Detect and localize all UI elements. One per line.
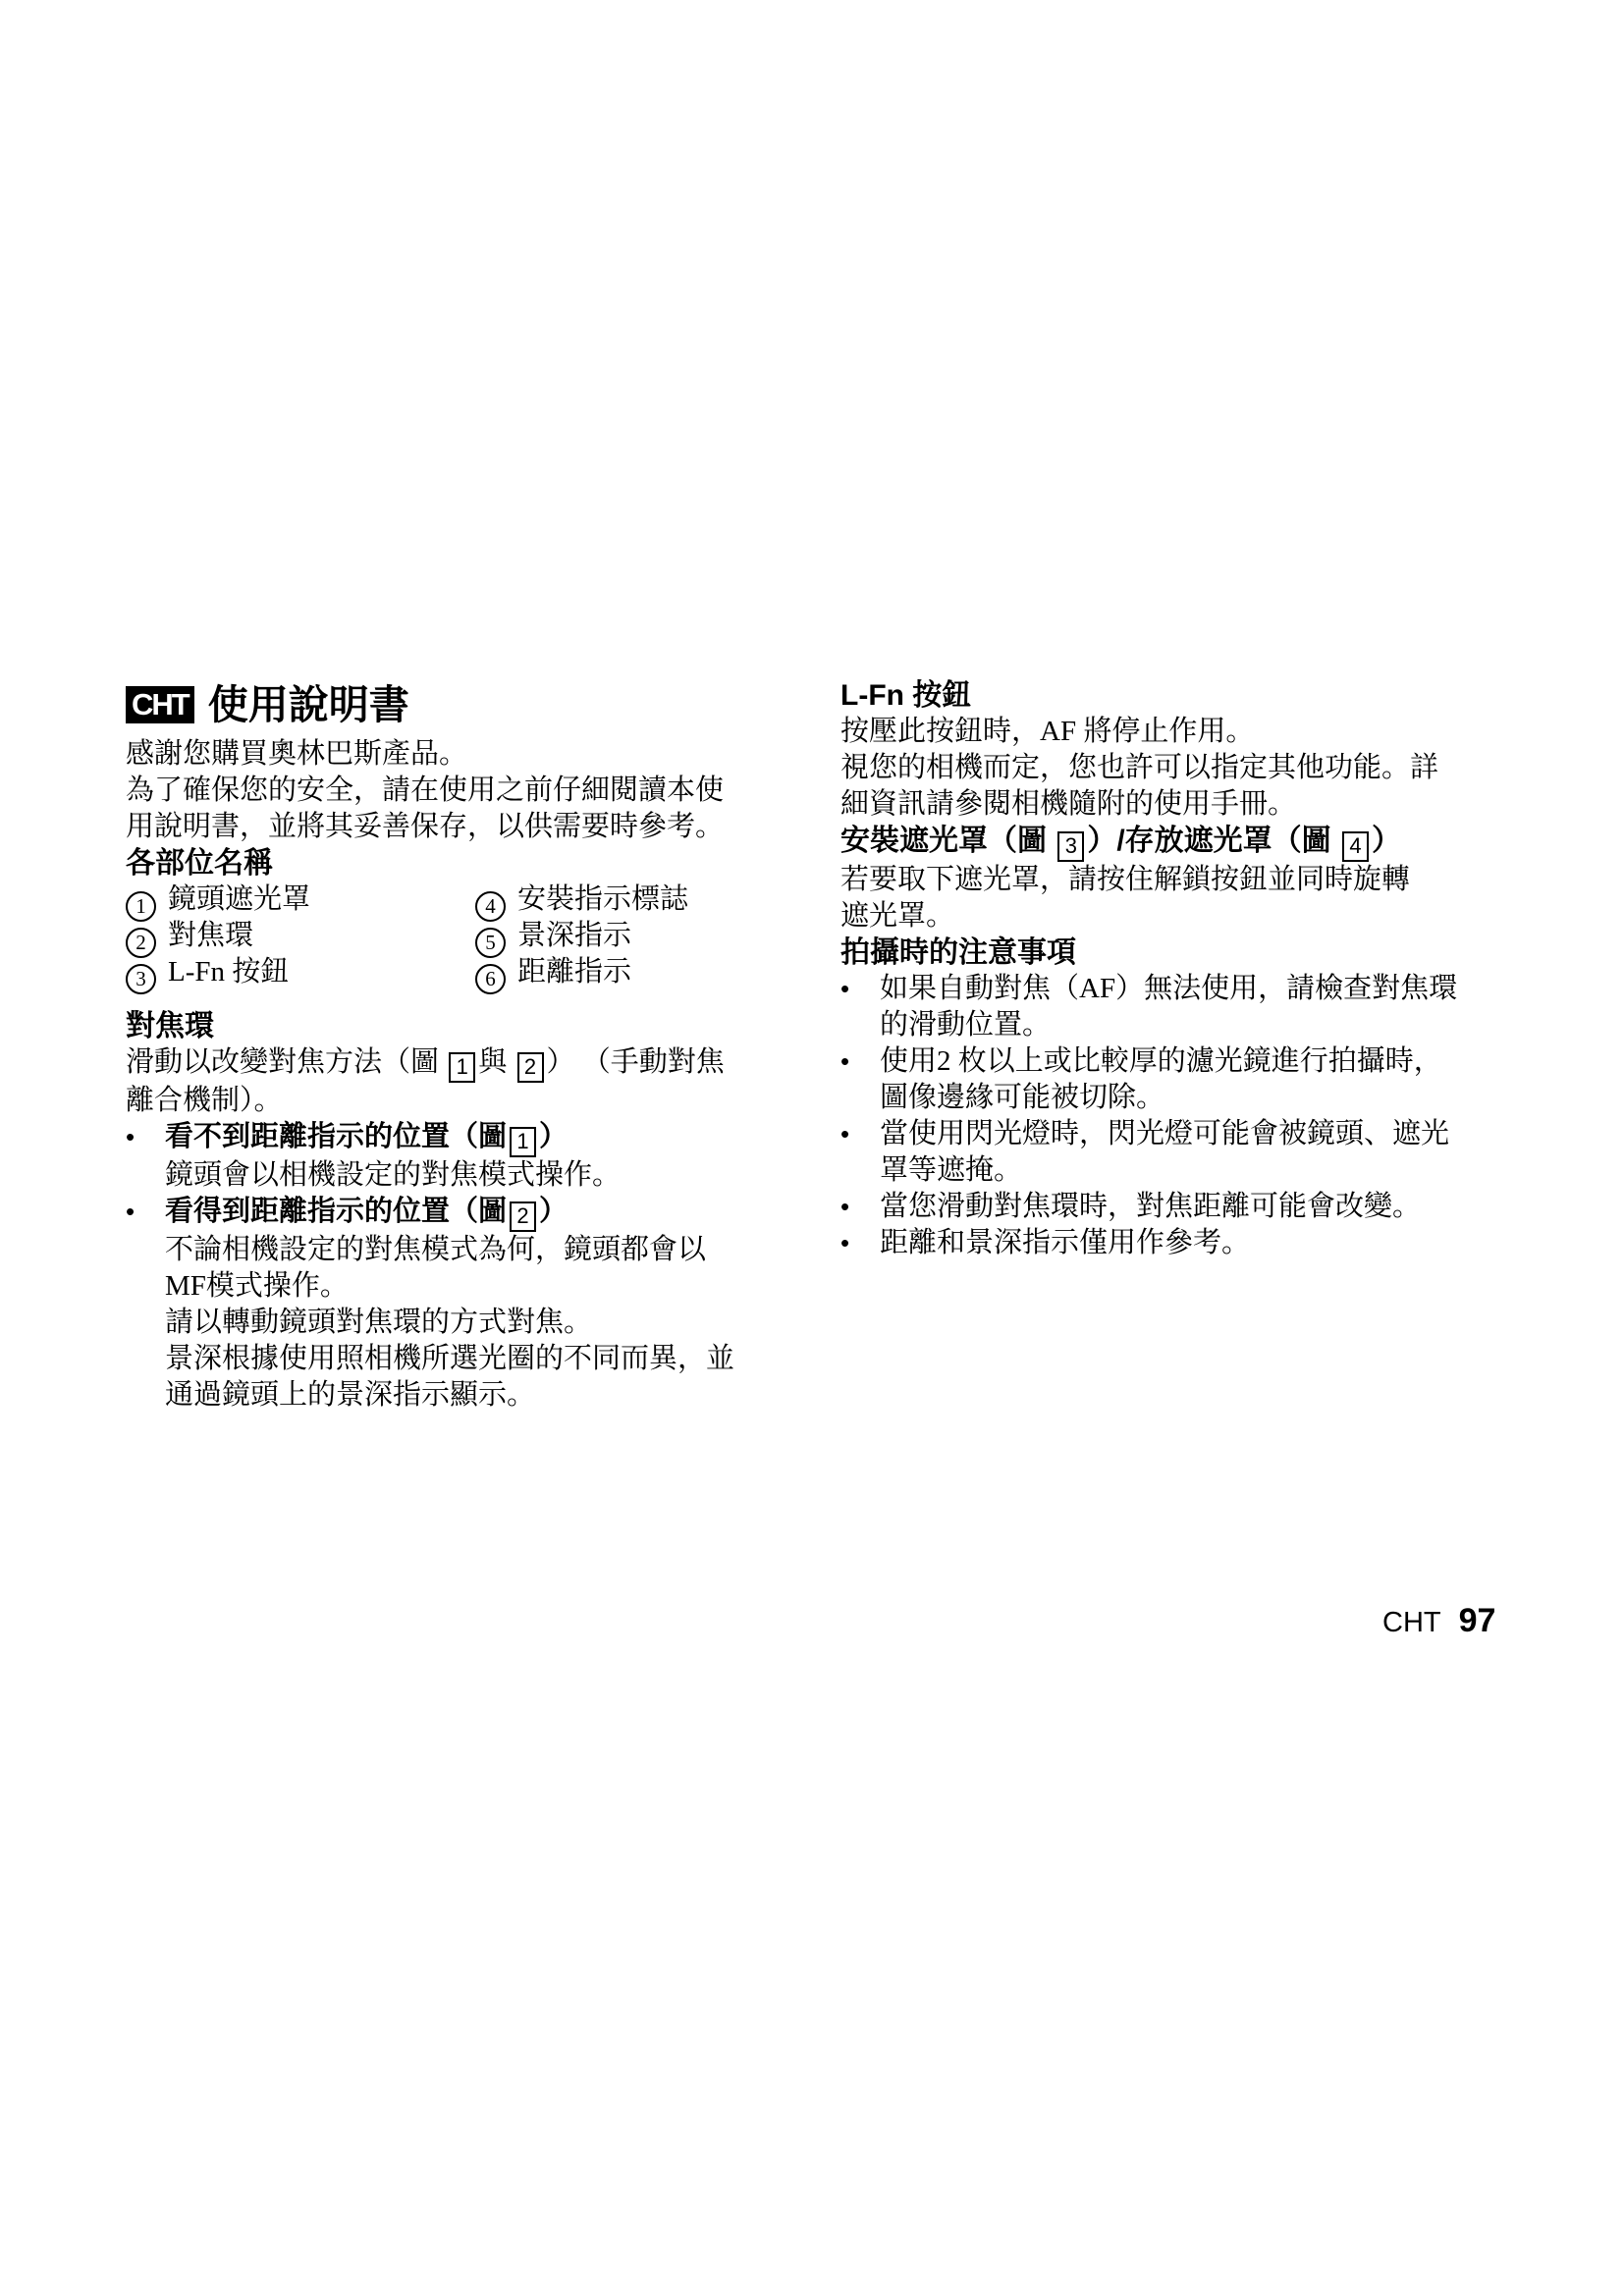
figure-ref-box: 1 bbox=[510, 1127, 536, 1157]
part-label: 景深指示 bbox=[517, 920, 631, 951]
text-line: 視您的相機而定，您也許可以指定其他功能。詳 bbox=[840, 750, 1520, 786]
text-segment: ） bbox=[1372, 825, 1401, 857]
bullet-icon bbox=[126, 1194, 165, 1414]
text-line: 的滑動位置。 bbox=[880, 1007, 1520, 1043]
note-content: 使用2 枚以上或比較厚的濾光鏡進行拍攝時， 圖像邊緣可能被切除。 bbox=[880, 1043, 1520, 1116]
bullet-item: 看得到距離指示的位置（圖2） 不論相機設定的對焦模式為何，鏡頭都會以 MF模式操… bbox=[126, 1194, 785, 1414]
text-line: 當您滑動對焦環時，對焦距離可能會改變。 bbox=[880, 1189, 1520, 1225]
intro-line: 用說明書，並將其妥善保存，以供需要時參考。 bbox=[126, 809, 785, 845]
focus-ring-heading: 對焦環 bbox=[126, 1008, 785, 1044]
text-line: MF模式操作。 bbox=[165, 1268, 785, 1305]
part-item: 3L-Fn 按鈕 bbox=[126, 954, 475, 990]
note-item: 當您滑動對焦環時，對焦距離可能會改變。 bbox=[840, 1189, 1520, 1225]
hood-heading: 安裝遮光罩（圖 3）/存放遮光罩（圖 4） bbox=[840, 823, 1520, 862]
text-segment: 看不到距離指示的位置（圖 bbox=[165, 1121, 507, 1152]
text-line: 當使用閃光燈時，閃光燈可能會被鏡頭、遮光 bbox=[880, 1116, 1520, 1152]
bullet-icon bbox=[840, 971, 880, 1043]
focus-ring-paragraph-line: 離合機制）。 bbox=[126, 1083, 785, 1119]
part-label: 距離指示 bbox=[517, 956, 631, 988]
note-item: 距離和景深指示僅用作參考。 bbox=[840, 1225, 1520, 1261]
text-segment: 看得到距離指示的位置（圖 bbox=[165, 1196, 507, 1227]
figure-ref-box: 3 bbox=[1057, 831, 1084, 862]
note-content: 如果自動對焦（AF）無法使用，請檢查對焦環 的滑動位置。 bbox=[880, 971, 1520, 1043]
page-footer: CHT 97 bbox=[1382, 1602, 1495, 1640]
bullet-item: 看不到距離指示的位置（圖1） 鏡頭會以相機設定的對焦模式操作。 bbox=[126, 1119, 785, 1194]
part-item: 6距離指示 bbox=[475, 954, 785, 990]
parts-heading: 各部位名稱 bbox=[126, 845, 785, 881]
part-label: 對焦環 bbox=[168, 920, 253, 951]
text-line: 景深根據使用照相機所選光圈的不同而異，並 bbox=[165, 1341, 785, 1377]
note-item: 如果自動對焦（AF）無法使用，請檢查對焦環 的滑動位置。 bbox=[840, 971, 1520, 1043]
figure-ref-box: 2 bbox=[510, 1201, 536, 1232]
part-number-circle: 6 bbox=[475, 964, 506, 994]
part-item: 5景深指示 bbox=[475, 918, 785, 954]
text-line: 如果自動對焦（AF）無法使用，請檢查對焦環 bbox=[880, 971, 1520, 1007]
intro-line: 感謝您購買奧林巴斯產品。 bbox=[126, 736, 785, 773]
part-item: 2對焦環 bbox=[126, 918, 475, 954]
text-line: 請以轉動鏡頭對焦環的方式對焦。 bbox=[165, 1305, 785, 1341]
bullet-content: 看得到距離指示的位置（圖2） 不論相機設定的對焦模式為何，鏡頭都會以 MF模式操… bbox=[165, 1194, 785, 1414]
figure-ref-box: 4 bbox=[1342, 831, 1369, 862]
text-line: 遮光罩。 bbox=[840, 898, 1520, 934]
part-item: 4安裝指示標誌 bbox=[475, 881, 785, 918]
note-item: 當使用閃光燈時，閃光燈可能會被鏡頭、遮光 罩等遮掩。 bbox=[840, 1116, 1520, 1189]
text-line: 細資訊請參閱相機隨附的使用手冊。 bbox=[840, 786, 1520, 823]
part-label: 安裝指示標誌 bbox=[517, 883, 688, 915]
text-segment: ） （手動對焦 bbox=[547, 1046, 725, 1078]
text-line: 不論相機設定的對焦模式為何，鏡頭都會以 bbox=[165, 1232, 785, 1268]
footer-language-label: CHT bbox=[1382, 1607, 1441, 1639]
bullet-icon bbox=[840, 1116, 880, 1189]
text-line: 通過鏡頭上的景深指示顯示。 bbox=[165, 1377, 785, 1414]
text-segment: 滑動以改變對焦方法（圖 bbox=[126, 1046, 446, 1078]
part-number-circle: 3 bbox=[126, 964, 156, 994]
shooting-notes-heading: 拍攝時的注意事項 bbox=[840, 934, 1520, 971]
left-column: CHT 使用說明書 感謝您購買奧林巴斯產品。 為了確保您的安全，請在使用之前仔細… bbox=[126, 681, 785, 1414]
focus-ring-paragraph-line: 滑動以改變對焦方法（圖 1與 2） （手動對焦 bbox=[126, 1044, 785, 1083]
text-segment: ） bbox=[539, 1196, 568, 1227]
bullet-title: 看得到距離指示的位置（圖2） bbox=[165, 1194, 785, 1232]
language-badge: CHT bbox=[126, 686, 194, 723]
text-line: 圖像邊緣可能被切除。 bbox=[880, 1080, 1520, 1116]
right-column: L-Fn 按鈕 按壓此按鈕時，AF 將停止作用。 視您的相機而定，您也許可以指定… bbox=[840, 677, 1520, 1261]
text-line: 罩等遮掩。 bbox=[880, 1152, 1520, 1189]
bullet-icon bbox=[840, 1189, 880, 1225]
bullet-content: 看不到距離指示的位置（圖1） 鏡頭會以相機設定的對焦模式操作。 bbox=[165, 1119, 785, 1194]
part-label: L-Fn 按鈕 bbox=[168, 956, 289, 988]
bullet-icon bbox=[840, 1043, 880, 1116]
text-line: 若要取下遮光罩，請按住解鎖按鈕並同時旋轉 bbox=[840, 862, 1520, 898]
bullet-icon bbox=[840, 1225, 880, 1261]
note-item: 使用2 枚以上或比較厚的濾光鏡進行拍攝時， 圖像邊緣可能被切除。 bbox=[840, 1043, 1520, 1116]
lfn-button-heading: L-Fn 按鈕 bbox=[840, 677, 1520, 714]
bullet-title: 看不到距離指示的位置（圖1） bbox=[165, 1119, 785, 1157]
manual-page: CHT 使用說明書 感謝您購買奧林巴斯產品。 為了確保您的安全，請在使用之前仔細… bbox=[0, 0, 1624, 2296]
text-line: 距離和景深指示僅用作參考。 bbox=[880, 1225, 1520, 1261]
note-content: 距離和景深指示僅用作參考。 bbox=[880, 1225, 1520, 1261]
text-segment: 安裝遮光罩（圖 bbox=[840, 825, 1055, 857]
text-line: 按壓此按鈕時，AF 將停止作用。 bbox=[840, 714, 1520, 750]
text-segment: 與 bbox=[478, 1046, 514, 1078]
figure-ref-box: 1 bbox=[449, 1052, 475, 1083]
text-line: 使用2 枚以上或比較厚的濾光鏡進行拍攝時， bbox=[880, 1043, 1520, 1080]
text-segment: ） bbox=[539, 1121, 568, 1152]
footer-page-number: 97 bbox=[1459, 1602, 1496, 1640]
part-label: 鏡頭遮光罩 bbox=[168, 883, 310, 915]
text-line: 鏡頭會以相機設定的對焦模式操作。 bbox=[165, 1157, 785, 1194]
parts-list: 1鏡頭遮光罩 2對焦環 3L-Fn 按鈕 4安裝指示標誌 5景深指示 6距離指示 bbox=[126, 881, 785, 990]
note-content: 當使用閃光燈時，閃光燈可能會被鏡頭、遮光 罩等遮掩。 bbox=[880, 1116, 1520, 1189]
figure-ref-box: 2 bbox=[517, 1052, 544, 1083]
part-item: 1鏡頭遮光罩 bbox=[126, 881, 475, 918]
note-content: 當您滑動對焦環時，對焦距離可能會改變。 bbox=[880, 1189, 1520, 1225]
bullet-icon bbox=[126, 1119, 165, 1194]
intro-line: 為了確保您的安全，請在使用之前仔細閱讀本使 bbox=[126, 773, 785, 809]
focus-ring-section: 對焦環 滑動以改變對焦方法（圖 1與 2） （手動對焦 離合機制）。 看不到距離… bbox=[126, 1008, 785, 1414]
page-title: 使用說明書 bbox=[208, 687, 409, 723]
page-title-row: CHT 使用說明書 bbox=[126, 681, 785, 728]
text-segment: ）/存放遮光罩（圖 bbox=[1087, 825, 1339, 857]
